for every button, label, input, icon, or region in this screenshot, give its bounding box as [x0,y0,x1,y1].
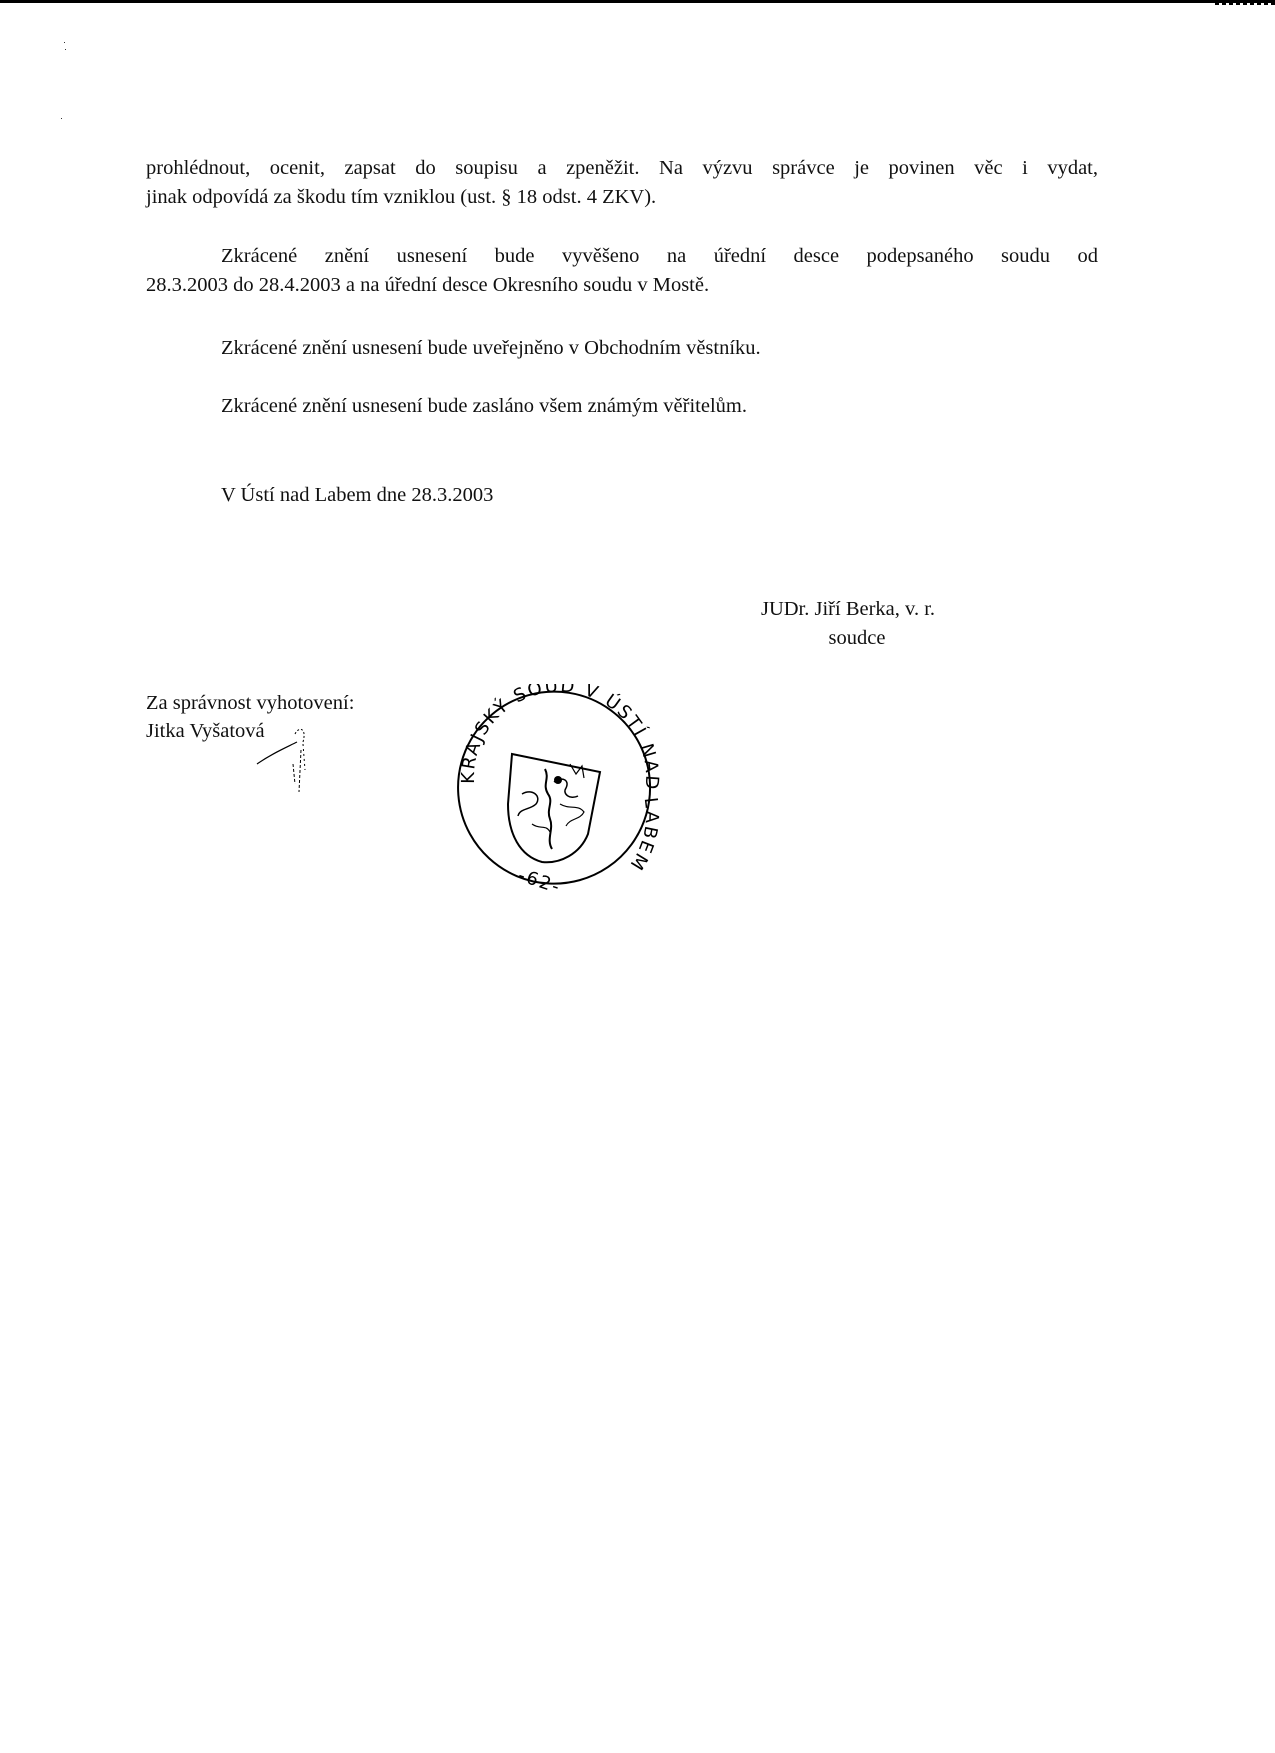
paragraph-line: prohlédnout, ocenit, zapsat do soupisu a… [146,154,1098,183]
scan-speck [61,118,62,119]
scan-speck [65,49,66,50]
handwritten-signature-icon [245,712,325,792]
paragraph-posting-notice: Zkrácené znění usnesení bude vyvěšeno na… [146,242,1098,300]
coat-of-arms-icon [508,754,600,862]
scan-edge-line [0,0,1275,3]
paragraph-line: Zkrácené znění usnesení bude uveřejněno … [221,337,761,359]
signer-role: soudce [738,624,958,653]
signer-block: JUDr. Jiří Berka, v. r. soudce [738,595,958,653]
paragraph-line: 28.3.2003 do 28.4.2003 a na úřední desce… [146,271,1098,300]
paragraph-line: jinak odpovídá za škodu tím vzniklou (us… [146,186,656,208]
paragraph-line: Zkrácené znění usnesení bude zasláno vše… [221,395,747,417]
scan-speck [64,42,65,43]
paragraph-inventory-obligation: prohlédnout, ocenit, zapsat do soupisu a… [146,154,1098,212]
paragraph-creditors-notice: Zkrácené znění usnesení bude zasláno vše… [221,392,747,421]
court-seal-stamp: KRAJSKÝ SOUD V ÚSTÍ NAD LABEM -62- [450,684,670,908]
paragraph-line: Zkrácené znění usnesení bude vyvěšeno na… [146,242,1098,271]
signer-name: JUDr. Jiří Berka, v. r. [738,595,958,624]
stamp-number: -62- [515,865,563,899]
paragraph-publication-notice: Zkrácené znění usnesení bude uveřejněno … [221,334,761,363]
place-and-date: V Ústí nad Labem dne 28.3.2003 [221,481,493,510]
